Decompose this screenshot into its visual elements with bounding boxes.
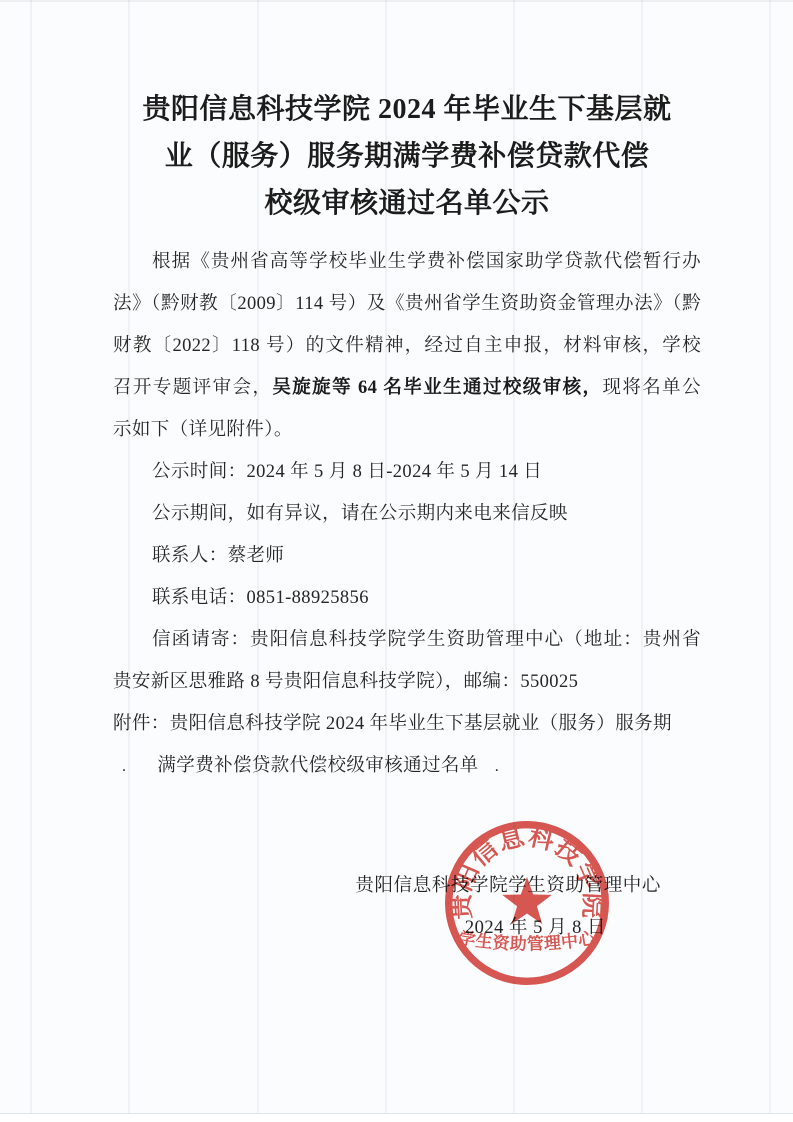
paragraph-line: 法》（黔财教〔2009〕114 号）及《贵州省学生资助资金管理办法》（黔 bbox=[113, 283, 701, 325]
mail-address-line-1: 信函请寄：贵阳信息科技学院学生资助管理中心（地址：贵州省 bbox=[113, 619, 701, 661]
signature-date: 2024 年 5 月 8 日 bbox=[113, 907, 701, 949]
document-title: 贵阳信息科技学院 2024 年毕业生下基层就 业（服务）服务期满学费补偿贷款代偿… bbox=[113, 86, 701, 227]
scanned-document-page: 贵阳信息科技学院 2024 年毕业生下基层就 业（服务）服务期满学费补偿贷款代偿… bbox=[0, 0, 793, 1122]
document-body: 贵阳信息科技学院 2024 年毕业生下基层就 业（服务）服务期满学费补偿贷款代偿… bbox=[0, 0, 793, 949]
stray-dot: . bbox=[495, 758, 499, 775]
title-line-3: 校级审核通过名单公示 bbox=[113, 180, 701, 227]
paragraph-line: 示如下（详见附件）。 bbox=[113, 409, 701, 451]
title-line-1: 贵阳信息科技学院 2024 年毕业生下基层就 bbox=[113, 86, 701, 133]
paragraph-line: 召开专题评审会，吴旋旋等 64 名毕业生通过校级审核，现将名单公 bbox=[113, 367, 701, 409]
text-segment: 现将名单公 bbox=[602, 378, 701, 398]
attachment-line-1: 附件：贵阳信息科技学院 2024 年毕业生下基层就业（服务）服务期 bbox=[113, 703, 701, 745]
signature-organization: 贵阳信息科技学院学生资助管理中心 bbox=[113, 865, 701, 907]
objection-line: 公示期间，如有异议，请在公示期内来电来信反映 bbox=[113, 493, 701, 535]
highlighted-approved-count: 吴旋旋等 64 名毕业生通过校级审核， bbox=[272, 378, 602, 398]
contact-phone-line: 联系电话：0851-88925856 bbox=[113, 577, 701, 619]
scan-bottom-edge bbox=[0, 1113, 793, 1122]
paragraph-line: 根据《贵州省高等学校毕业生学费补偿国家助学贷款代偿暂行办 bbox=[113, 241, 701, 283]
mail-address-line-2: 贵安新区思雅路 8 号贵阳信息科技学院），邮编：550025 bbox=[113, 661, 701, 703]
notice-period-line: 公示时间：2024 年 5 月 8 日-2024 年 5 月 14 日 bbox=[113, 451, 701, 493]
title-line-2: 业（服务）服务期满学费补偿贷款代偿 bbox=[113, 133, 701, 180]
text-segment: 召开专题评审会， bbox=[113, 378, 272, 398]
notice-text: 根据《贵州省高等学校毕业生学费补偿国家助学贷款代偿暂行办 法》（黔财教〔2009… bbox=[113, 241, 701, 788]
stray-dot: . bbox=[122, 758, 126, 775]
attachment-title-text: 满学费补偿贷款代偿校级审核通过名单 bbox=[157, 756, 478, 776]
paragraph-line: 财教〔2022〕118 号）的文件精神，经过自主申报，材料审核，学校 bbox=[113, 325, 701, 367]
signature-block: 贵阳信息科技学院学生资助管理中心 2024 年 5 月 8 日 bbox=[113, 865, 701, 949]
contact-person-line: 联系人：蔡老师 bbox=[113, 535, 701, 577]
attachment-line-2: .满学费补偿贷款代偿校级审核通过名单. bbox=[113, 745, 701, 788]
